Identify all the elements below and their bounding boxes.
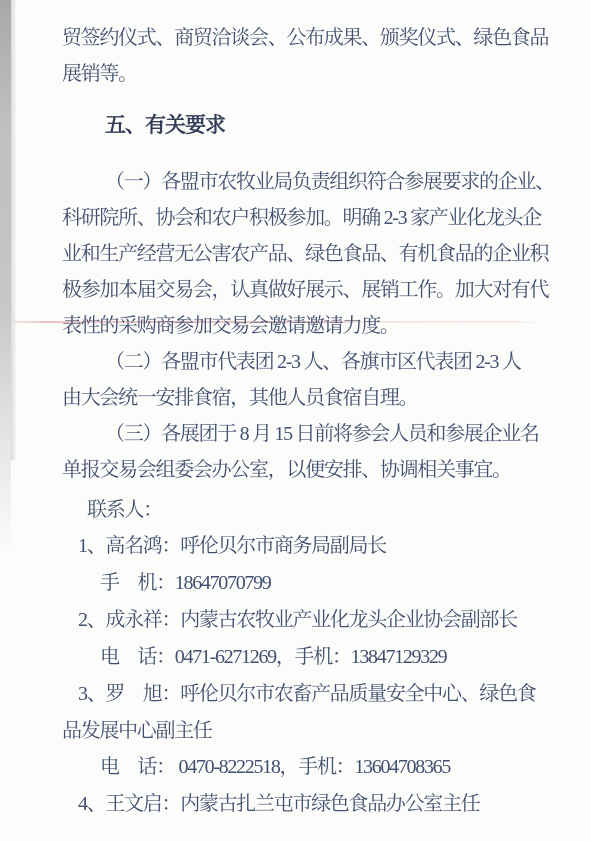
text-line-14: 手 机：18647070799 bbox=[100, 565, 555, 602]
text-line-4: 科研院所、协会和农户积极参加。明确 2-3 家产业化龙头企 bbox=[62, 200, 555, 236]
text-line-9: 由大会统一安排食宿，其他人员食宿自理。 bbox=[62, 380, 555, 416]
text-line-16: 电 话：0471-6271269，手机：13847129329 bbox=[100, 639, 555, 676]
text-line-8: （二）各盟市代表团 2-3 人、各旗市区代表团 2-3 人 bbox=[105, 344, 555, 380]
text-line-11: 单报交易会组委会办公室，以便安排、协调相关事宜。 bbox=[62, 452, 555, 488]
text-line-20: 4、王文启：内蒙古扎兰屯市绿色食品办公室主任 bbox=[78, 786, 555, 823]
text-line-10: （三）各展团于 8 月 15 日前将参会人员和参展企业名 bbox=[105, 416, 555, 452]
text-line-5: 业和生产经营无公害农产品、绿色食品、有机食品的企业积 bbox=[62, 236, 555, 272]
text-line-17: 3、罗 旭：呼伦贝尔市农畜产品质量安全中心、绿色食 bbox=[78, 676, 555, 713]
text-line-6: 极参加本届交易会，认真做好展示、展销工作。加大对有代 bbox=[62, 272, 555, 308]
text-line-13: 1、高名鸿：呼伦贝尔市商务局副局长 bbox=[78, 528, 555, 565]
text-line-0: 贸签约仪式、商贸洽谈会、公布成果、颁奖仪式、绿色食品 bbox=[62, 20, 555, 56]
text-line-15: 2、成永祥：内蒙古农牧业产业化龙头企业协会副部长 bbox=[78, 602, 555, 639]
text-block: 贸签约仪式、商贸洽谈会、公布成果、颁奖仪式、绿色食品展销等。五、有关要求（一）各… bbox=[0, 0, 591, 841]
text-line-3: （一）各盟市农牧业局负责组织符合参展要求的企业、 bbox=[105, 164, 555, 200]
text-line-7: 表性的采购商参加交易会邀请邀请力度。 bbox=[62, 308, 555, 344]
text-line-18: 品发展中心副主任 bbox=[62, 713, 555, 749]
text-line-1: 展销等。 bbox=[62, 56, 555, 92]
section-heading: 五、有关要求 bbox=[105, 107, 555, 143]
document-page: 贸签约仪式、商贸洽谈会、公布成果、颁奖仪式、绿色食品展销等。五、有关要求（一）各… bbox=[0, 0, 591, 841]
text-line-12: 联系人： bbox=[87, 492, 555, 528]
text-line-19: 电 话： 0470-8222518，手机：13604708365 bbox=[100, 749, 555, 786]
